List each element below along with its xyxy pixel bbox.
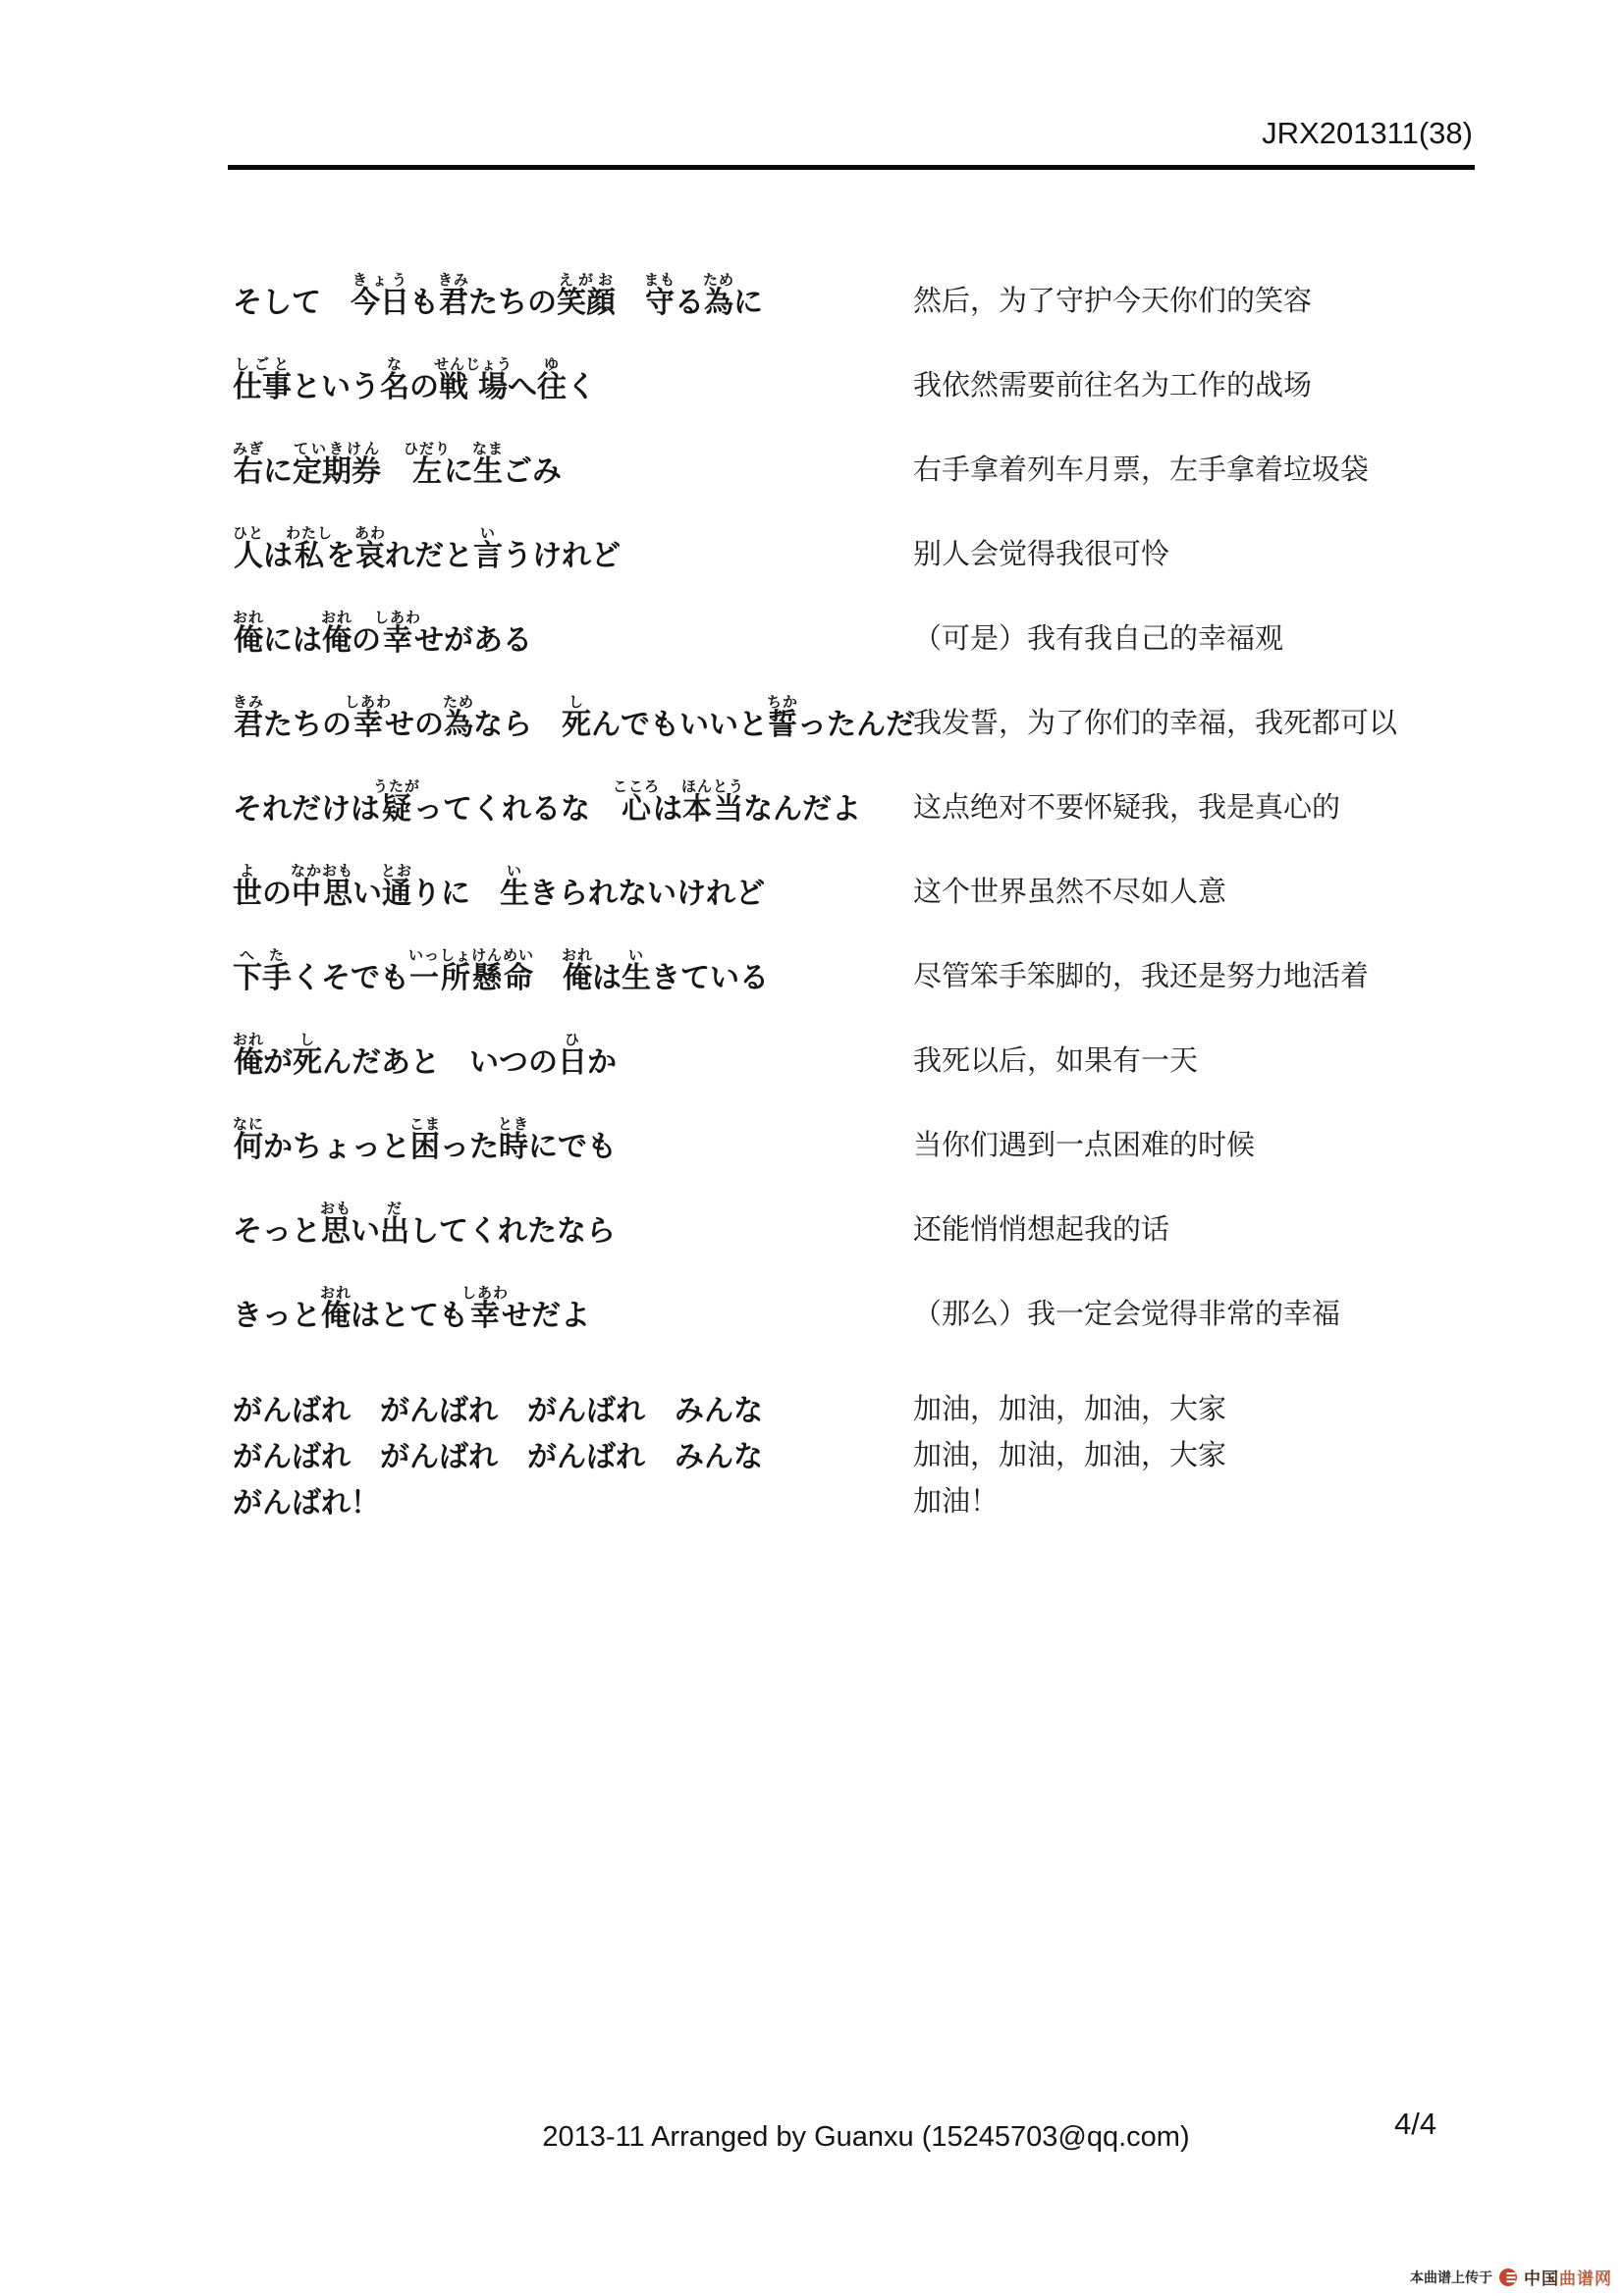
lyric-line-chinese: （那么）我一定会觉得非常的幸福 bbox=[913, 1299, 1340, 1331]
lyric-row: 俺おれには俺おれの幸しあわせがある（可是）我有我自己的幸福观 bbox=[233, 573, 1509, 658]
chorus-row: がんばれ がんばれ がんばれ みんな加油，加油，加油，大家 bbox=[233, 1382, 1509, 1428]
lyric-row: 何なにかちょっと困こまった時ときにでも当你们遇到一点困难的时候 bbox=[233, 1080, 1509, 1164]
lyric-line-chinese: 这个世界虽然不尽如人意 bbox=[913, 877, 1226, 909]
lyric-line-chinese: 我死以后，如果有一天 bbox=[913, 1045, 1198, 1078]
lyrics-page: JRX201311(38) そして 今日きょうも君きみたちの笑顔えがお 守まもる… bbox=[0, 0, 1624, 2296]
lyric-line-chinese: 当你们遇到一点困难的时候 bbox=[913, 1130, 1255, 1162]
lyric-row: そっと思おもい出だしてくれたなら还能悄悄想起我的话 bbox=[233, 1164, 1509, 1249]
arranger-credit: 2013-11 Arranged by Guanxu (15245703@qq.… bbox=[54, 2121, 1624, 2154]
chorus-line-japanese: がんばれ がんばれ がんばれ みんな bbox=[233, 1441, 763, 1475]
lyric-line-chinese: 还能悄悄想起我的话 bbox=[913, 1214, 1169, 1247]
chorus-line-japanese: がんばれ がんばれ がんばれ みんな bbox=[233, 1395, 763, 1429]
lyric-row: 君きみたちの幸しあわせの為ためなら 死しんでもいいと誓ちかったんだ我发誓，为了你… bbox=[233, 658, 1509, 742]
lyric-row: そして 今日きょうも君きみたちの笑顔えがお 守まもる為ために然后，为了守护今天你… bbox=[233, 236, 1509, 320]
lyric-line-japanese: そっと思おもい出だしてくれたなら bbox=[233, 1201, 616, 1250]
chorus-line-chinese: 加油，加油，加油，大家 bbox=[913, 1440, 1226, 1472]
chorus-row: がんばれ がんばれ がんばれ みんな加油，加油，加油，大家 bbox=[233, 1428, 1509, 1474]
lyrics-rows: そして 今日きょうも君きみたちの笑顔えがお 守まもる為ために然后，为了守护今天你… bbox=[233, 236, 1509, 1333]
lyric-line-japanese: きっと俺おれはとても幸しあわせだよ bbox=[233, 1285, 590, 1334]
lyric-line-japanese: 何なにかちょっと困こまった時ときにでも bbox=[233, 1116, 617, 1165]
lyrics-section: そして 今日きょうも君きみたちの笑顔えがお 守まもる為ために然后，为了守护今天你… bbox=[233, 236, 1509, 1521]
lyric-row: それだけは疑うたがってくれるな 心こころは本当ほんとうなんだよ这点绝对不要怀疑我… bbox=[233, 742, 1509, 827]
lyric-row: 世よの中なか思おもい通とおりに 生いきられないけれど这个世界虽然不尽如人意 bbox=[233, 827, 1509, 911]
lyric-row: きっと俺おれはとても幸しあわせだよ（那么）我一定会觉得非常的幸福 bbox=[233, 1249, 1509, 1333]
lyric-row: 人ひとは私わたしを哀あわれだと言いうけれど别人会觉得我很可怜 bbox=[233, 489, 1509, 573]
site-name: 中国曲谱网 bbox=[1524, 2265, 1612, 2289]
lyric-line-japanese: 俺おれが死しんだあと いつの日ひか bbox=[233, 1032, 617, 1081]
watermark: 本曲谱上传于 中国曲谱网 bbox=[1410, 2265, 1612, 2289]
lyric-line-japanese: 下へ手たくそでも一所懸命いっしょけんめい 俺おれは生いきている bbox=[233, 947, 769, 996]
lyric-row: 俺おれが死しんだあと いつの日ひか我死以后，如果有一天 bbox=[233, 995, 1509, 1080]
lyric-line-chinese: 别人会觉得我很可怜 bbox=[913, 539, 1169, 571]
lyric-row: 右みぎに定期券ていきけん 左ひだりに生なまごみ右手拿着列车月票，左手拿着垃圾袋 bbox=[233, 404, 1509, 489]
chorus-row: がんばれ！加油！ bbox=[233, 1474, 1509, 1521]
lyric-row: 仕事しごとという名なの戦場せんじょうへ往ゆく我依然需要前往名为工作的战场 bbox=[233, 320, 1509, 404]
lyric-line-chinese: 然后，为了守护今天你们的笑容 bbox=[913, 286, 1312, 318]
site-name-part2: 曲谱网 bbox=[1559, 2269, 1612, 2288]
lyric-line-japanese: 君きみたちの幸しあわせの為ためなら 死しんでもいいと誓ちかったんだ bbox=[233, 694, 915, 743]
lyric-line-chinese: （可是）我有我自己的幸福观 bbox=[913, 623, 1283, 656]
chorus-line-japanese: がんばれ！ bbox=[233, 1487, 380, 1522]
lyric-line-chinese: 我依然需要前往名为工作的战场 bbox=[913, 370, 1312, 402]
lyric-row: 下へ手たくそでも一所懸命いっしょけんめい 俺おれは生いきている尽管笨手笨脚的，我… bbox=[233, 911, 1509, 995]
lyric-line-chinese: 这点绝对不要怀疑我，我是真心的 bbox=[913, 792, 1340, 825]
page-number: 4/4 bbox=[1394, 2107, 1436, 2142]
lyric-line-japanese: それだけは疑うたがってくれるな 心こころは本当ほんとうなんだよ bbox=[233, 778, 861, 828]
lyric-line-japanese: 世よの中なか思おもい通とおりに 生いきられないけれど bbox=[233, 863, 765, 912]
lyric-line-japanese: 右みぎに定期券ていきけん 左ひだりに生なまごみ bbox=[233, 441, 562, 490]
site-name-part1: 中国 bbox=[1524, 2269, 1559, 2288]
lyric-line-japanese: 俺おれには俺おれの幸しあわせがある bbox=[233, 610, 532, 659]
header-rule bbox=[228, 165, 1475, 170]
chorus-rows: がんばれ がんばれ がんばれ みんな加油，加油，加油，大家がんばれ がんばれ が… bbox=[233, 1382, 1509, 1521]
site-logo-icon bbox=[1499, 2269, 1517, 2286]
document-id: JRX201311(38) bbox=[228, 116, 1473, 151]
chorus-line-chinese: 加油，加油，加油，大家 bbox=[913, 1394, 1226, 1426]
lyric-line-japanese: 人ひとは私わたしを哀あわれだと言いうけれど bbox=[233, 525, 621, 574]
lyric-line-chinese: 尽管笨手笨脚的，我还是努力地活着 bbox=[913, 961, 1369, 993]
watermark-text: 本曲谱上传于 bbox=[1410, 2268, 1492, 2287]
lyric-line-chinese: 右手拿着列车月票，左手拿着垃圾袋 bbox=[913, 454, 1369, 487]
chorus-line-chinese: 加油！ bbox=[913, 1486, 999, 1519]
lyric-line-japanese: 仕事しごとという名なの戦場せんじょうへ往ゆく bbox=[233, 356, 596, 405]
lyric-line-chinese: 我发誓，为了你们的幸福，我死都可以 bbox=[913, 708, 1397, 740]
lyric-line-japanese: そして 今日きょうも君きみたちの笑顔えがお 守まもる為ために bbox=[233, 272, 763, 321]
